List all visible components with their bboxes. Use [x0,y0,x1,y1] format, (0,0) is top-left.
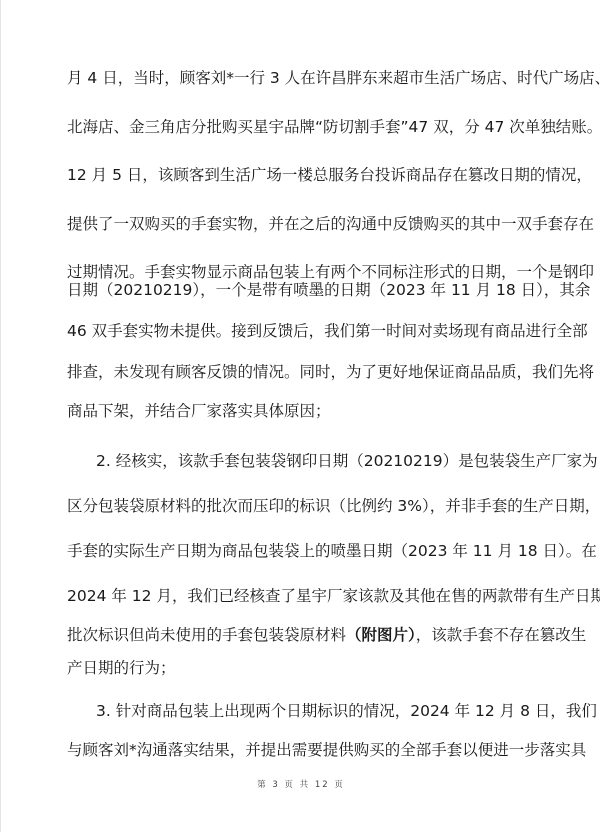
text-segment: ，该款手套不存在篡改生 [416,626,587,644]
text-line: 商品下架，并结合厂家落实具体原因； [67,401,545,421]
text-line: 与顾客刘*沟通落实结果，并提出需要提供购买的全部手套以便进一步落实具 [67,740,545,760]
document-page: 月 4 日，当时，顾客刘*一行 3 人在许昌胖东来超市生活广场店、时代广场店、 … [0,0,600,832]
text-line: 月 4 日，当时，顾客刘*一行 3 人在许昌胖东来超市生活广场店、时代广场店、 [67,68,545,88]
numbered-paragraph-3: 3. 针对商品包装上出现两个日期标识的情况，2024 年 12 月 8 日，我们 [96,701,545,721]
page-number-footer: 第 3 页 共 12 页 [1,778,600,790]
text-line: 提供了一双购买的手套实物，并在之后的沟通中反馈购买的其中一双手套存在 [67,214,545,234]
text-line: 日期（20210219），一个是带有喷墨的日期（2023 年 11 月 18 日… [67,280,545,300]
text-line: 排查，未发现有顾客反馈的情况。同时，为了更好地保证商品品质，我们先将 [67,362,545,382]
text-line: 12 月 5 日，该顾客到生活广场一楼总服务台投诉商品存在篡改日期的情况， [67,165,545,185]
text-line: 2024 年 12 月，我们已经核查了星宇厂家该款及其他在售的两款带有生产日期 [67,586,545,606]
text-line: 过期情况。手套实物显示商品包装上有两个不同标注形式的日期，一个是钢印 [67,262,545,282]
text-segment: 批次标识但尚未使用的手套包装袋原材料 [67,626,346,644]
numbered-paragraph-2: 2. 经核实，该款手套包装袋钢印日期（20210219）是包装袋生产厂家为 [96,451,545,471]
text-line: 北海店、金三角店分批购买星宇品牌“防切割手套”47 双，分 47 次单独结账。 [67,117,545,137]
text-line: 区分包装袋原材料的批次而压印的标识（比例约 3%），并非手套的生产日期， [67,496,545,516]
attachment-note: （附图片） [346,626,416,644]
text-line: 手套的实际生产日期为商品包装袋上的喷墨日期（2023 年 11 月 18 日）。… [67,541,545,561]
text-line: 产日期的行为； [67,658,545,678]
text-line: 批次标识但尚未使用的手套包装袋原材料（附图片），该款手套不存在篡改生 [67,625,545,645]
text-line: 46 双手套实物未提供。接到反馈后，我们第一时间对卖场现有商品进行全部 [67,321,545,341]
